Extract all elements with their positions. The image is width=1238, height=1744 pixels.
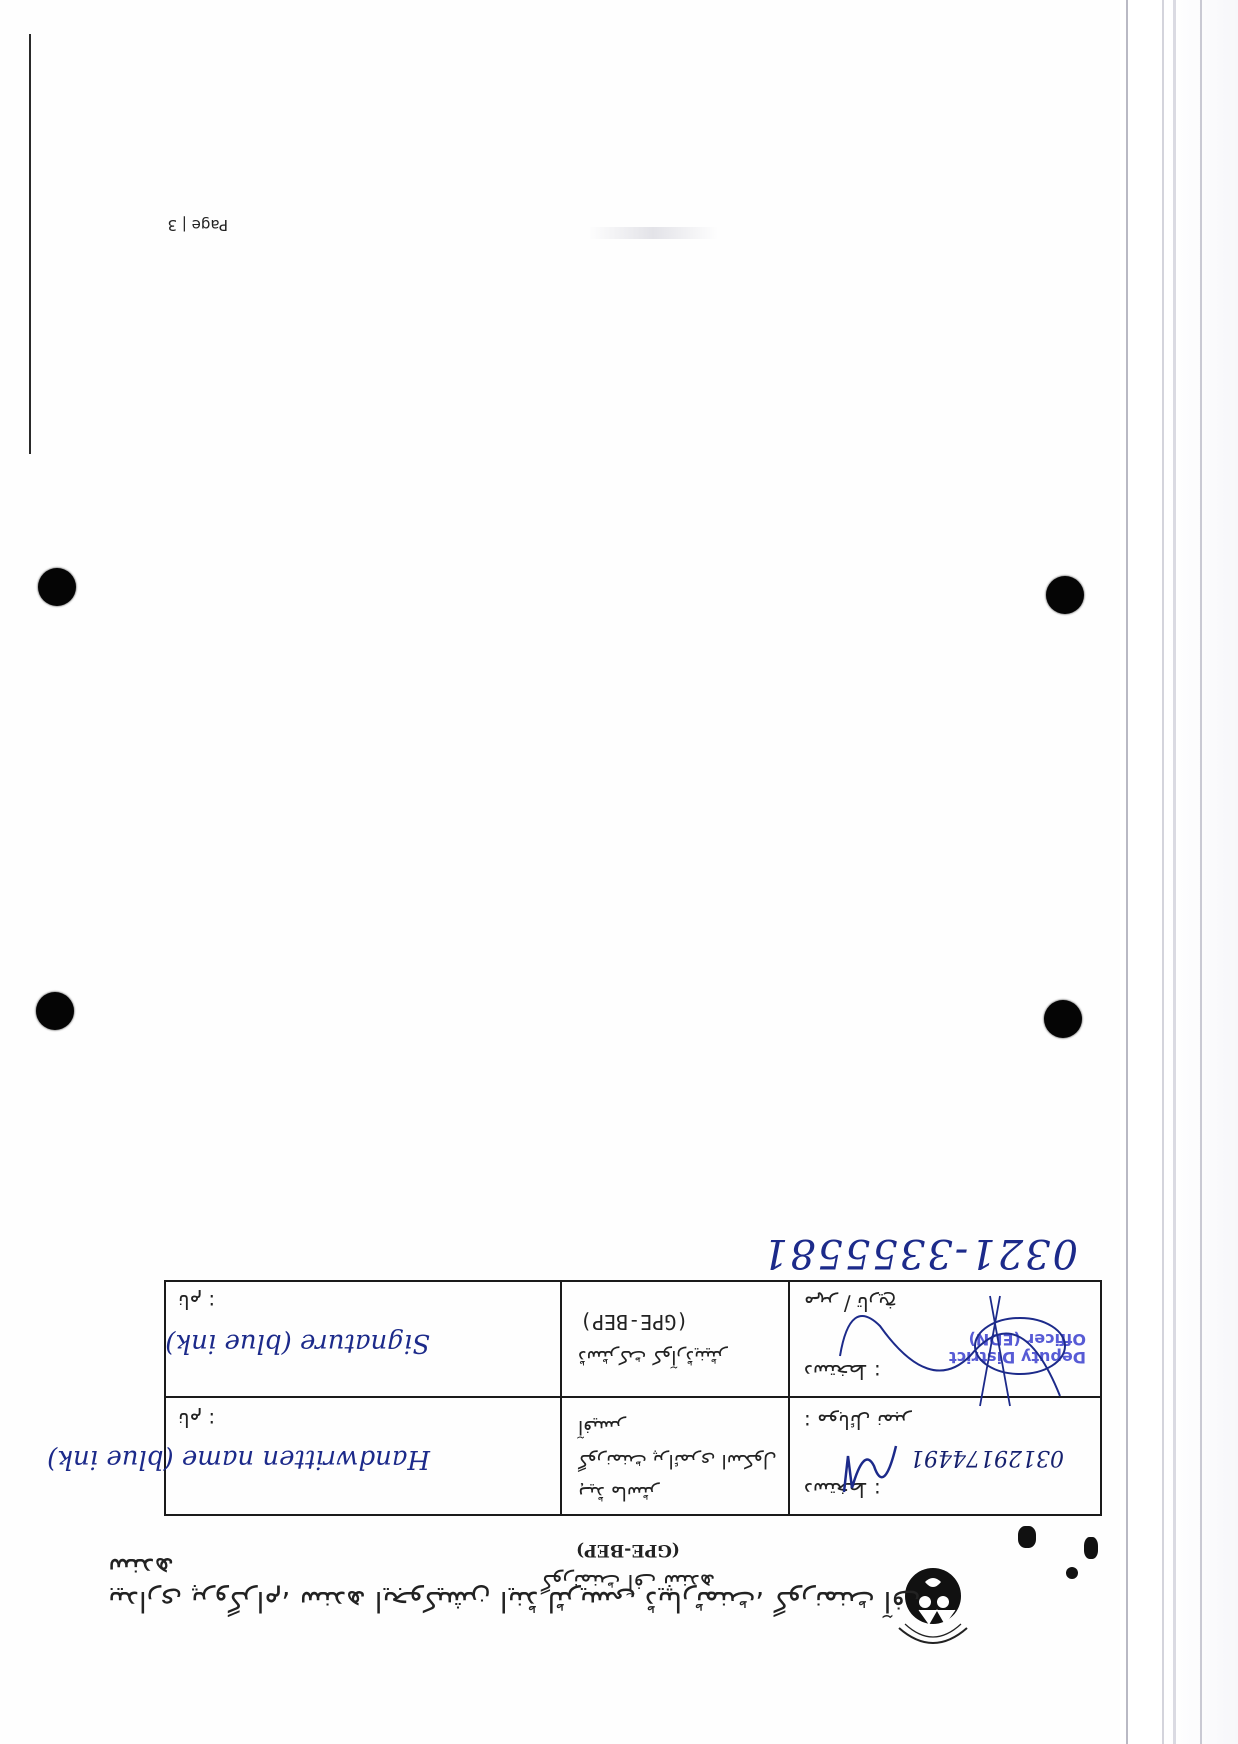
margin-rule	[29, 34, 31, 454]
stamp-date-label: مہر / تاریخ	[804, 1292, 897, 1316]
scan-smudge	[588, 227, 718, 239]
punch-hole	[1044, 1000, 1082, 1038]
scan-speck	[1084, 1537, 1098, 1559]
handwritten-name: Handwritten name (blue ink)	[47, 1444, 430, 1474]
punch-hole	[1046, 576, 1084, 614]
organization-code: (GPE-BEP)	[498, 1540, 758, 1560]
program-code: (GPE-BEP)	[580, 1310, 688, 1334]
page-number: Page | 3	[168, 216, 228, 234]
organization-subline: گورنمنٹ آف سندھ	[498, 1569, 758, 1594]
handwritten-signature: Signature (blue ink)	[165, 1328, 430, 1358]
handwritten-phone: 03129174491	[910, 1445, 1064, 1470]
designation-line: آفیسر	[578, 1416, 626, 1438]
handwritten-signature-icon	[834, 1436, 904, 1506]
punch-hole	[38, 568, 76, 606]
punch-hole	[36, 992, 74, 1030]
scan-speck	[1018, 1526, 1036, 1548]
name-label: نام :	[178, 1290, 215, 1314]
binder-line	[1200, 0, 1202, 1744]
designation-line: ہیڈ ماسٹر	[578, 1482, 659, 1504]
binder-line	[1162, 0, 1164, 1744]
name-cell: Signature (blue ink) نام :	[164, 1280, 560, 1396]
table-row: دستخط : Deputy District Officer (EDN) مہ…	[166, 1280, 1100, 1396]
binder-line	[1126, 0, 1128, 1744]
signature-table: دستخط : 03129174491 : موبائل نمبر ہیڈ ما…	[164, 1280, 1102, 1516]
name-cell: Handwritten name (blue ink) نام :	[164, 1398, 560, 1514]
handwritten-phone-number: 0321-3355581	[761, 1230, 1078, 1276]
scanned-document-page: بیداری پروگرام، سندھ ایجوکیشن اینڈ لٹریس…	[0, 0, 1238, 1744]
designation-cell: ہیڈ ماسٹر گورنمنٹ پرائمری اسکول آفیسر	[560, 1398, 788, 1514]
designation-line: گورنمنٹ پرائمری اسکول	[578, 1450, 777, 1472]
signature-cell: دستخط : Deputy District Officer (EDN) مہ…	[788, 1280, 1100, 1396]
designation-cell: ڈسٹرکٹ کوآرڈینیٹر (GPE-BEP)	[560, 1280, 788, 1396]
binder-margin	[1120, 0, 1238, 1744]
binder-line	[1173, 0, 1176, 1744]
designation-line: ڈسٹرکٹ کوآرڈینیٹر	[578, 1346, 727, 1368]
name-label: نام :	[178, 1408, 215, 1432]
